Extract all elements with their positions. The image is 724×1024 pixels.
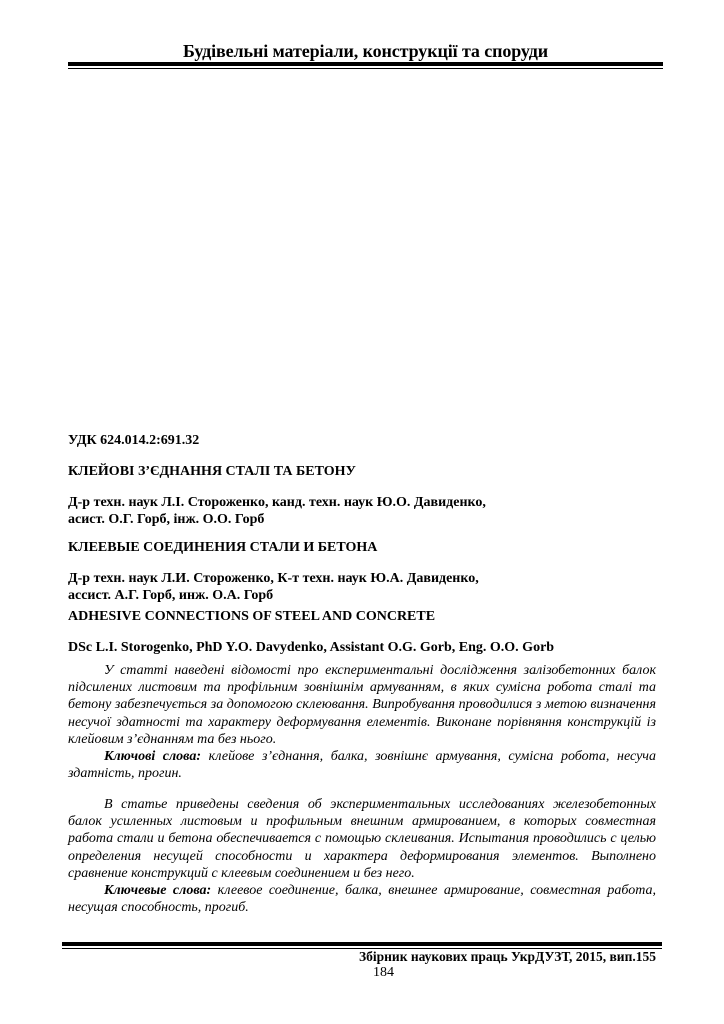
- keywords-uk-label: Ключові слова:: [104, 749, 201, 764]
- keywords-ru: Ключевые слова: клеевое соединение, балк…: [68, 882, 656, 916]
- authors-en-text: DSc L.I. Storogenko, PhD Y.O. Davydenko,…: [68, 639, 656, 656]
- authors-ru-line-1: Д-р техн. наук Л.И. Стороженко, К-т техн…: [68, 570, 656, 587]
- page-number: 184: [373, 965, 394, 981]
- journal-citation: Збірник наукових праць УкрДУЗТ, 2015, ви…: [356, 949, 656, 965]
- authors-ukrainian: Д-р техн. наук Л.І. Стороженко, канд. те…: [68, 494, 656, 528]
- header-rule: [68, 62, 663, 69]
- authors-uk-line-2: асист. О.Г. Горб, інж. О.О. Горб: [68, 511, 656, 528]
- title-uk-text: КЛЕЙОВІ З’ЄДНАННЯ СТАЛІ ТА БЕТОНУ: [68, 463, 656, 480]
- authors-russian: Д-р техн. наук Л.И. Стороженко, К-т техн…: [68, 570, 656, 604]
- title-ukrainian: КЛЕЙОВІ З’ЄДНАННЯ СТАЛІ ТА БЕТОНУ: [68, 463, 656, 480]
- title-ru-text: КЛЕЕВЫЕ СОЕДИНЕНИЯ СТАЛИ И БЕТОНА: [68, 539, 656, 556]
- udc-code: УДК 624.014.2:691.32: [68, 432, 656, 449]
- udc-text: УДК 624.014.2:691.32: [68, 432, 656, 449]
- keywords-ru-label: Ключевые слова:: [104, 883, 211, 898]
- authors-ru-line-2: ассист. А.Г. Горб, инж. О.А. Горб: [68, 587, 656, 604]
- abstract-uk-text: У статті наведені відомості про експерим…: [68, 662, 656, 748]
- abstract-ukrainian: У статті наведені відомості про експерим…: [68, 662, 656, 782]
- authors-english: DSc L.I. Storogenko, PhD Y.O. Davydenko,…: [68, 639, 656, 656]
- abstract-russian: В статье приведены сведения об экспериме…: [68, 796, 656, 916]
- title-en-text: ADHESIVE CONNECTIONS OF STEEL AND CONCRE…: [68, 608, 656, 625]
- title-russian: КЛЕЕВЫЕ СОЕДИНЕНИЯ СТАЛИ И БЕТОНА: [68, 539, 656, 556]
- keywords-uk: Ключові слова: клейове з’єднання, балка,…: [68, 748, 656, 782]
- title-english: ADHESIVE CONNECTIONS OF STEEL AND CONCRE…: [68, 608, 656, 625]
- authors-uk-line-1: Д-р техн. наук Л.І. Стороженко, канд. те…: [68, 494, 656, 511]
- running-head-title: Будівельні матеріали, конструкції та спо…: [68, 40, 663, 62]
- footer-rule: [62, 942, 662, 949]
- abstract-ru-text: В статье приведены сведения об экспериме…: [68, 796, 656, 882]
